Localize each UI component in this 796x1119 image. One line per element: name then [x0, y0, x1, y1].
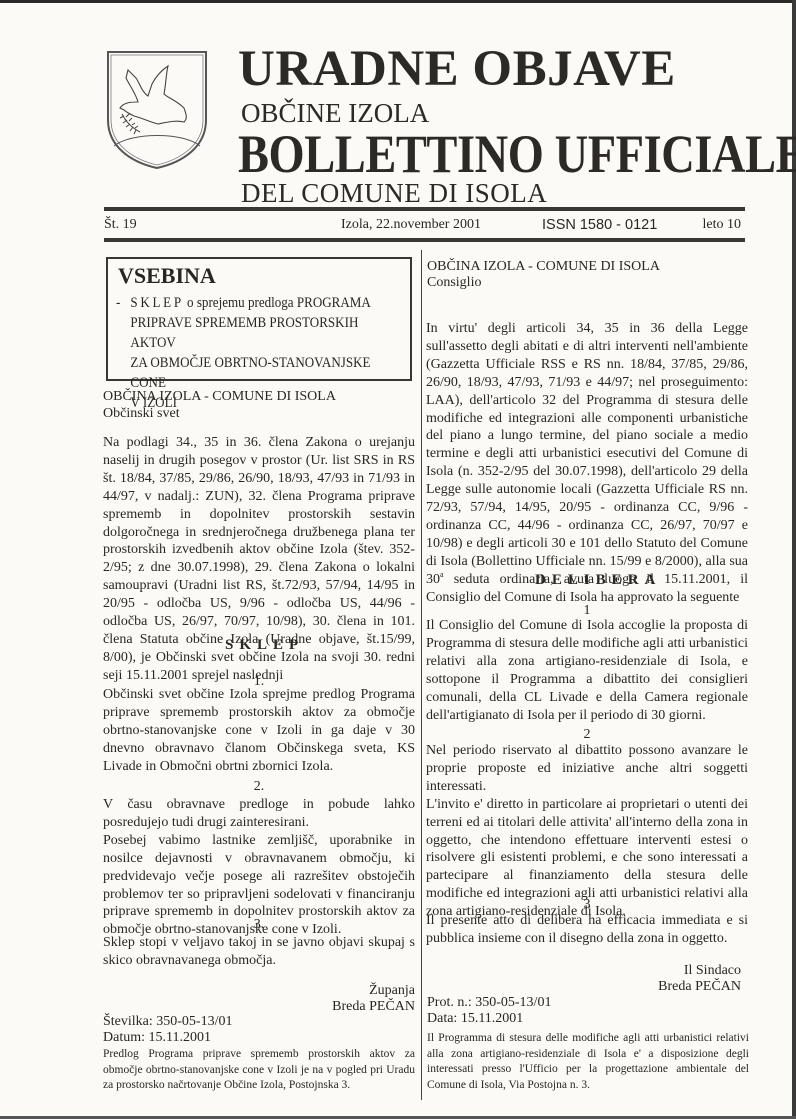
italian-signer-title: Il Sindaco [684, 962, 741, 979]
issue-info-row: Št. 19 Izola, 22.november 2001 ISSN 1580… [104, 216, 745, 234]
dove-with-olive-branch-crest-icon [106, 50, 208, 170]
italian-article-2: Nel periodo riservato al dibattito posso… [426, 742, 748, 921]
italian-article-3: Il presente atto di delibera ha efficaci… [426, 912, 748, 948]
italian-preamble-part-a: In virtu' degli articoli 34, 35 in 36 de… [426, 321, 748, 587]
slovene-org: OBČINA IZOLA - COMUNE DI ISOLA [103, 388, 336, 405]
italian-note: Il Programma di stesura delle modifiche … [427, 1031, 749, 1093]
italian-article-2-number: 2 [426, 727, 748, 743]
italian-ref-number: Prot. n.: 350-05-13/01 [427, 994, 551, 1011]
italian-article-3-text: Il presente atto di delibera ha efficaci… [426, 912, 748, 948]
slovene-signer-name: Breda PEČAN [332, 998, 415, 1015]
contents-item-lead: SKLEP [130, 295, 183, 311]
slovene-signer-title: Županja [369, 982, 415, 999]
subtitle-slovene: OBČINE IZOLA [241, 100, 429, 127]
italian-org: OBČINA IZOLA - COMUNE DI ISOLA [427, 258, 660, 275]
slovene-body: Občinski svet [103, 405, 180, 422]
italian-ref-date: Data: 15.11.2001 [427, 1010, 523, 1027]
issue-date: Izola, 22.november 2001 [341, 216, 481, 234]
slovene-article-2-number: 2. [103, 779, 415, 795]
slovene-ref-number: Številka: 350-05-13/01 [103, 1013, 233, 1030]
header-rule-top [104, 207, 745, 211]
subtitle-italian: DEL COMUNE DI ISOLA [241, 180, 547, 207]
italian-preamble: In virtu' degli articoli 34, 35 in 36 de… [426, 320, 748, 607]
slovene-article-3-number: 3. [103, 917, 415, 933]
contents-item-line3: ZA OBMOČJE OBRTNO-STANOVANJSKE CONE [116, 353, 404, 393]
header-rule-bottom [104, 238, 745, 242]
column-divider [421, 250, 422, 1100]
slovene-note-text: Predlog Programa priprave sprememb prost… [103, 1047, 415, 1094]
slovene-article-1-text: Občinski svet občine Izola sprejme predl… [103, 686, 415, 776]
issue-year: leto 10 [703, 216, 742, 234]
slovene-article-3: Sklep stopi v veljavo takoj in se javno … [103, 934, 415, 970]
contents-item-line1: o sprejemu predloga PROGRAMA [187, 295, 371, 311]
italian-note-text: Il Programma di stesura delle modifiche … [427, 1031, 749, 1093]
italian-heading: DELIBERA [535, 572, 661, 589]
slovene-note: Predlog Programa priprave sprememb prost… [103, 1047, 415, 1094]
italian-article-1-text: Il Consiglio del Comune di Isola accogli… [426, 617, 748, 724]
slovene-ref-date: Datum: 15.11.2001 [103, 1029, 211, 1046]
italian-signer-name: Breda PEČAN [658, 978, 741, 995]
slovene-article-2-text: V času obravnave predloge in pobude lahk… [103, 796, 415, 832]
italian-article-1: Il Consiglio del Comune di Isola accogli… [426, 617, 748, 724]
slovene-article-3-text: Sklep stopi v veljavo takoj in se javno … [103, 934, 415, 970]
issue-issn: ISSN 1580 - 0121 [542, 216, 657, 234]
issue-number: Št. 19 [104, 216, 137, 234]
italian-preamble-text: In virtu' degli articoli 34, 35 in 36 de… [426, 320, 748, 607]
title-italian: BOLLETTINO UFFICIALE [238, 127, 796, 181]
contents-item-dash: - [116, 293, 130, 313]
italian-article-3-number: 3 [426, 897, 748, 913]
italian-body: Consiglio [427, 274, 481, 291]
contents-item-line2: PRIPRAVE SPREMEMB PROSTORSKIH AKTOV [116, 313, 404, 353]
contents-title: VSEBINA [118, 265, 216, 287]
slovene-article-1: Občinski svet občine Izola sprejme predl… [103, 686, 415, 776]
scan-edge-top [0, 0, 796, 3]
italian-article-2-text: Nel periodo riservato al dibattito posso… [426, 742, 748, 796]
contents-box: VSEBINA -SKLEP o sprejemu predloga PROGR… [106, 257, 412, 381]
slovene-heading: SKLEP [225, 637, 304, 654]
title-slovene: URADNE OBJAVE [238, 44, 676, 95]
